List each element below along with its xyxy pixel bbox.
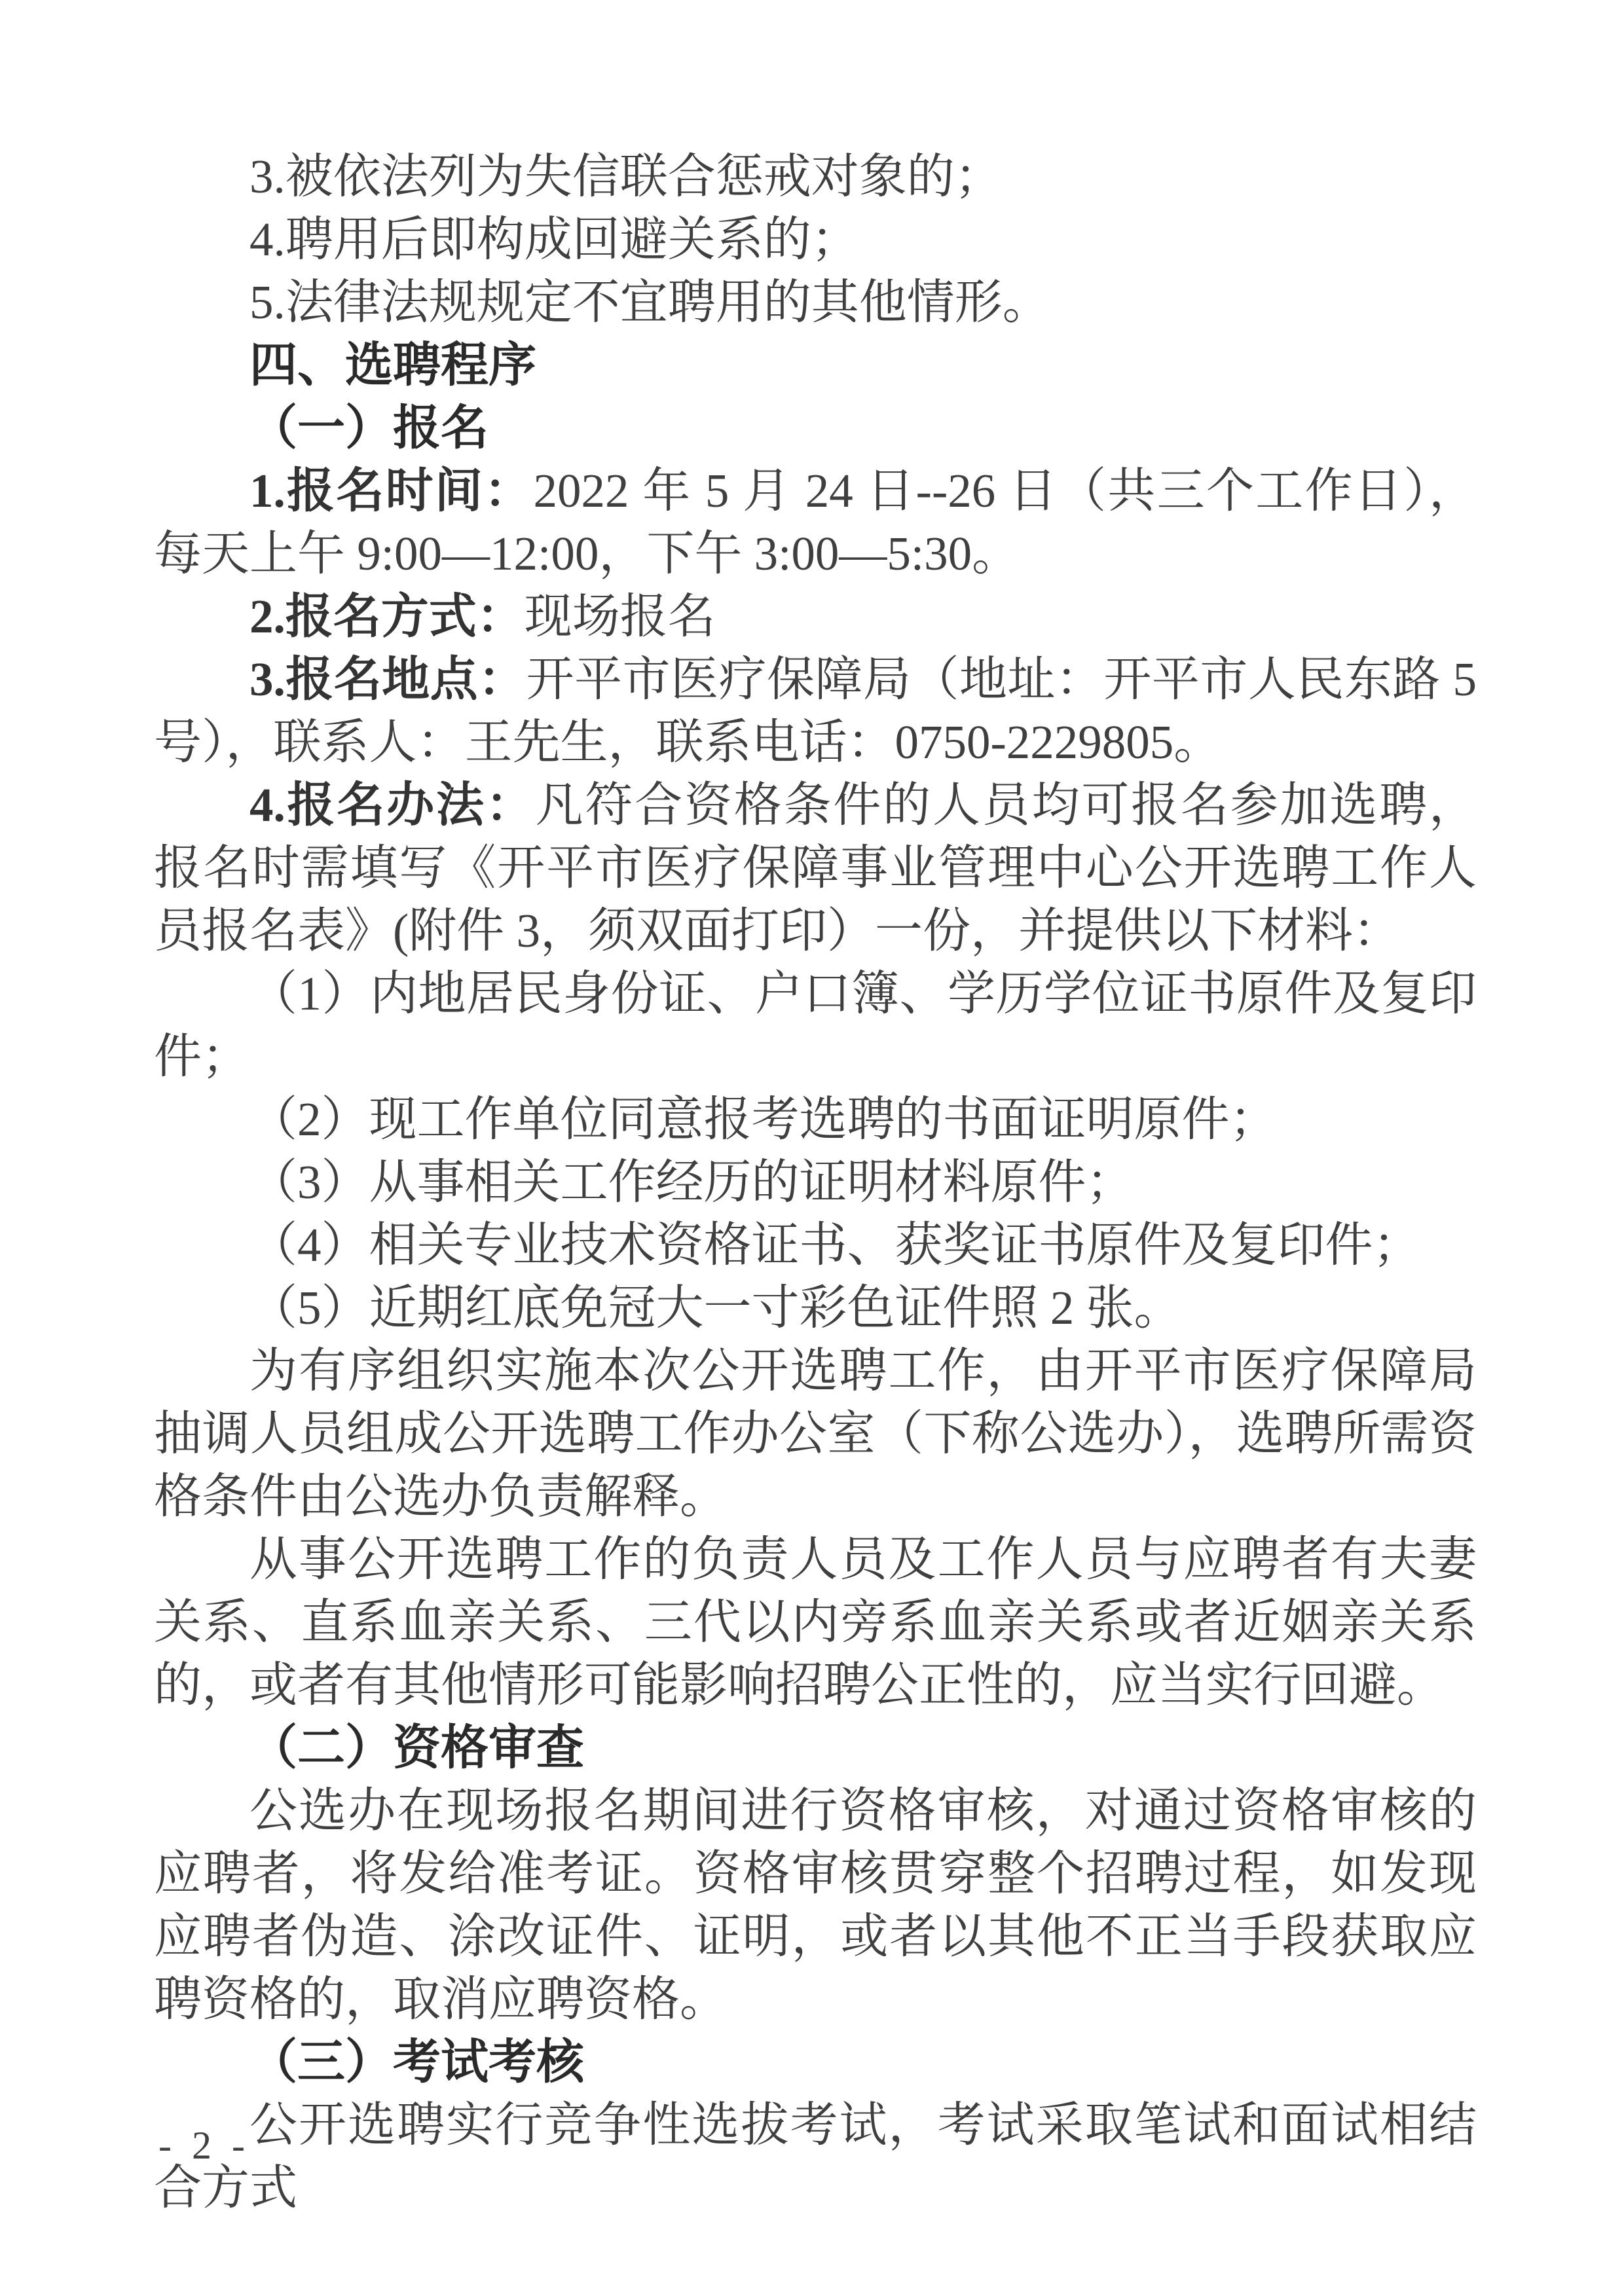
- paragraph-text: 为有序组织实施本次公开选聘工作，由开平市医疗保障局抽调人员组成公开选聘工作办公室…: [154, 1344, 1477, 1523]
- paragraph: 5.法律法规规定不宜聘用的其他情形。: [154, 271, 1477, 334]
- paragraph-label: 2.报名方式：: [249, 590, 525, 643]
- document-body: 3.被依法列为失信联合惩戒对象的；4.聘用后即构成回避关系的；5.法律法规规定不…: [154, 145, 1477, 2219]
- paragraph: 为有序组织实施本次公开选聘工作，由开平市医疗保障局抽调人员组成公开选聘工作办公室…: [154, 1339, 1477, 1528]
- paragraph-label: 1.报名时间：: [249, 464, 534, 517]
- paragraph-text: 5.法律法规规定不宜聘用的其他情形。: [249, 276, 1050, 329]
- paragraph-text: （1）内地居民身份证、户口簿、学历学位证书原件及复印件；: [154, 967, 1477, 1083]
- section-heading: （二）资格审查: [154, 1717, 1477, 1779]
- paragraph: 3.报名地点：开平市医疗保障局（地址：开平市人民东路 5 号），联系人：王先生，…: [154, 648, 1477, 774]
- paragraph: 4.报名办法：凡符合资格条件的人员均可报名参加选聘，报名时需填写《开平市医疗保障…: [154, 774, 1477, 962]
- paragraph: 公选办在现场报名期间进行资格审核，对通过资格审核的应聘者，将发给准考证。资格审核…: [154, 1779, 1477, 2031]
- paragraph-text: 4.聘用后即构成回避关系的；: [249, 213, 859, 266]
- paragraph-text: 公选办在现场报名期间进行资格审核，对通过资格审核的应聘者，将发给准考证。资格审核…: [154, 1784, 1477, 2026]
- paragraph: 从事公开选聘工作的负责人员及工作人员与应聘者有夫妻关系、直系血亲关系、三代以内旁…: [154, 1528, 1477, 1717]
- paragraph-text: （二）资格审查: [249, 1721, 584, 1774]
- paragraph: （4）相关专业技术资格证书、获奖证书原件及复印件；: [154, 1214, 1477, 1277]
- paragraph-text: （4）相关专业技术资格证书、获奖证书原件及复印件；: [249, 1218, 1421, 1271]
- paragraph-text: 现场报名: [525, 590, 716, 643]
- paragraph: 1.报名时间：2022 年 5 月 24 日--26 日（共三个工作日），每天上…: [154, 460, 1477, 585]
- paragraph-text: （2）现工作单位同意报考选聘的书面证明原件；: [249, 1093, 1278, 1146]
- document-page: 3.被依法列为失信联合惩戒对象的；4.聘用后即构成回避关系的；5.法律法规规定不…: [0, 0, 1624, 2296]
- section-heading: （三）考试考核: [154, 2031, 1477, 2094]
- paragraph: 4.聘用后即构成回避关系的；: [154, 208, 1477, 271]
- section-heading: 四、选聘程序: [154, 334, 1477, 397]
- paragraph: （2）现工作单位同意报考选聘的书面证明原件；: [154, 1088, 1477, 1151]
- paragraph: 公开选聘实行竞争性选拔考试，考试采取笔试和面试相结合方式: [154, 2094, 1477, 2219]
- paragraph-text: （5）近期红底免冠大一寸彩色证件照 2 张。: [249, 1281, 1182, 1334]
- paragraph: 3.被依法列为失信联合惩戒对象的；: [154, 145, 1477, 208]
- paragraph-text: 3.被依法列为失信联合惩戒对象的；: [249, 150, 1003, 203]
- paragraph-label: 3.报名地点：: [249, 653, 526, 706]
- page-number: - 2 -: [158, 2123, 250, 2168]
- paragraph: （5）近期红底免冠大一寸彩色证件照 2 张。: [154, 1277, 1477, 1339]
- paragraph-text: （一）报名: [249, 401, 489, 454]
- paragraph: （3）从事相关工作经历的证明材料原件；: [154, 1151, 1477, 1214]
- paragraph-text: （3）从事相关工作经历的证明材料原件；: [249, 1156, 1134, 1209]
- paragraph: 2.报名方式：现场报名: [154, 585, 1477, 648]
- paragraph-text: （三）考试考核: [249, 2035, 584, 2088]
- paragraph-label: 4.报名办法：: [249, 778, 536, 831]
- paragraph: （1）内地居民身份证、户口簿、学历学位证书原件及复印件；: [154, 962, 1477, 1088]
- paragraph-text: 公开选聘实行竞争性选拔考试，考试采取笔试和面试相结合方式: [154, 2098, 1477, 2214]
- paragraph-text: 从事公开选聘工作的负责人员及工作人员与应聘者有夫妻关系、直系血亲关系、三代以内旁…: [154, 1533, 1477, 1711]
- paragraph-text: 四、选聘程序: [249, 338, 536, 392]
- section-heading: （一）报名: [154, 397, 1477, 460]
